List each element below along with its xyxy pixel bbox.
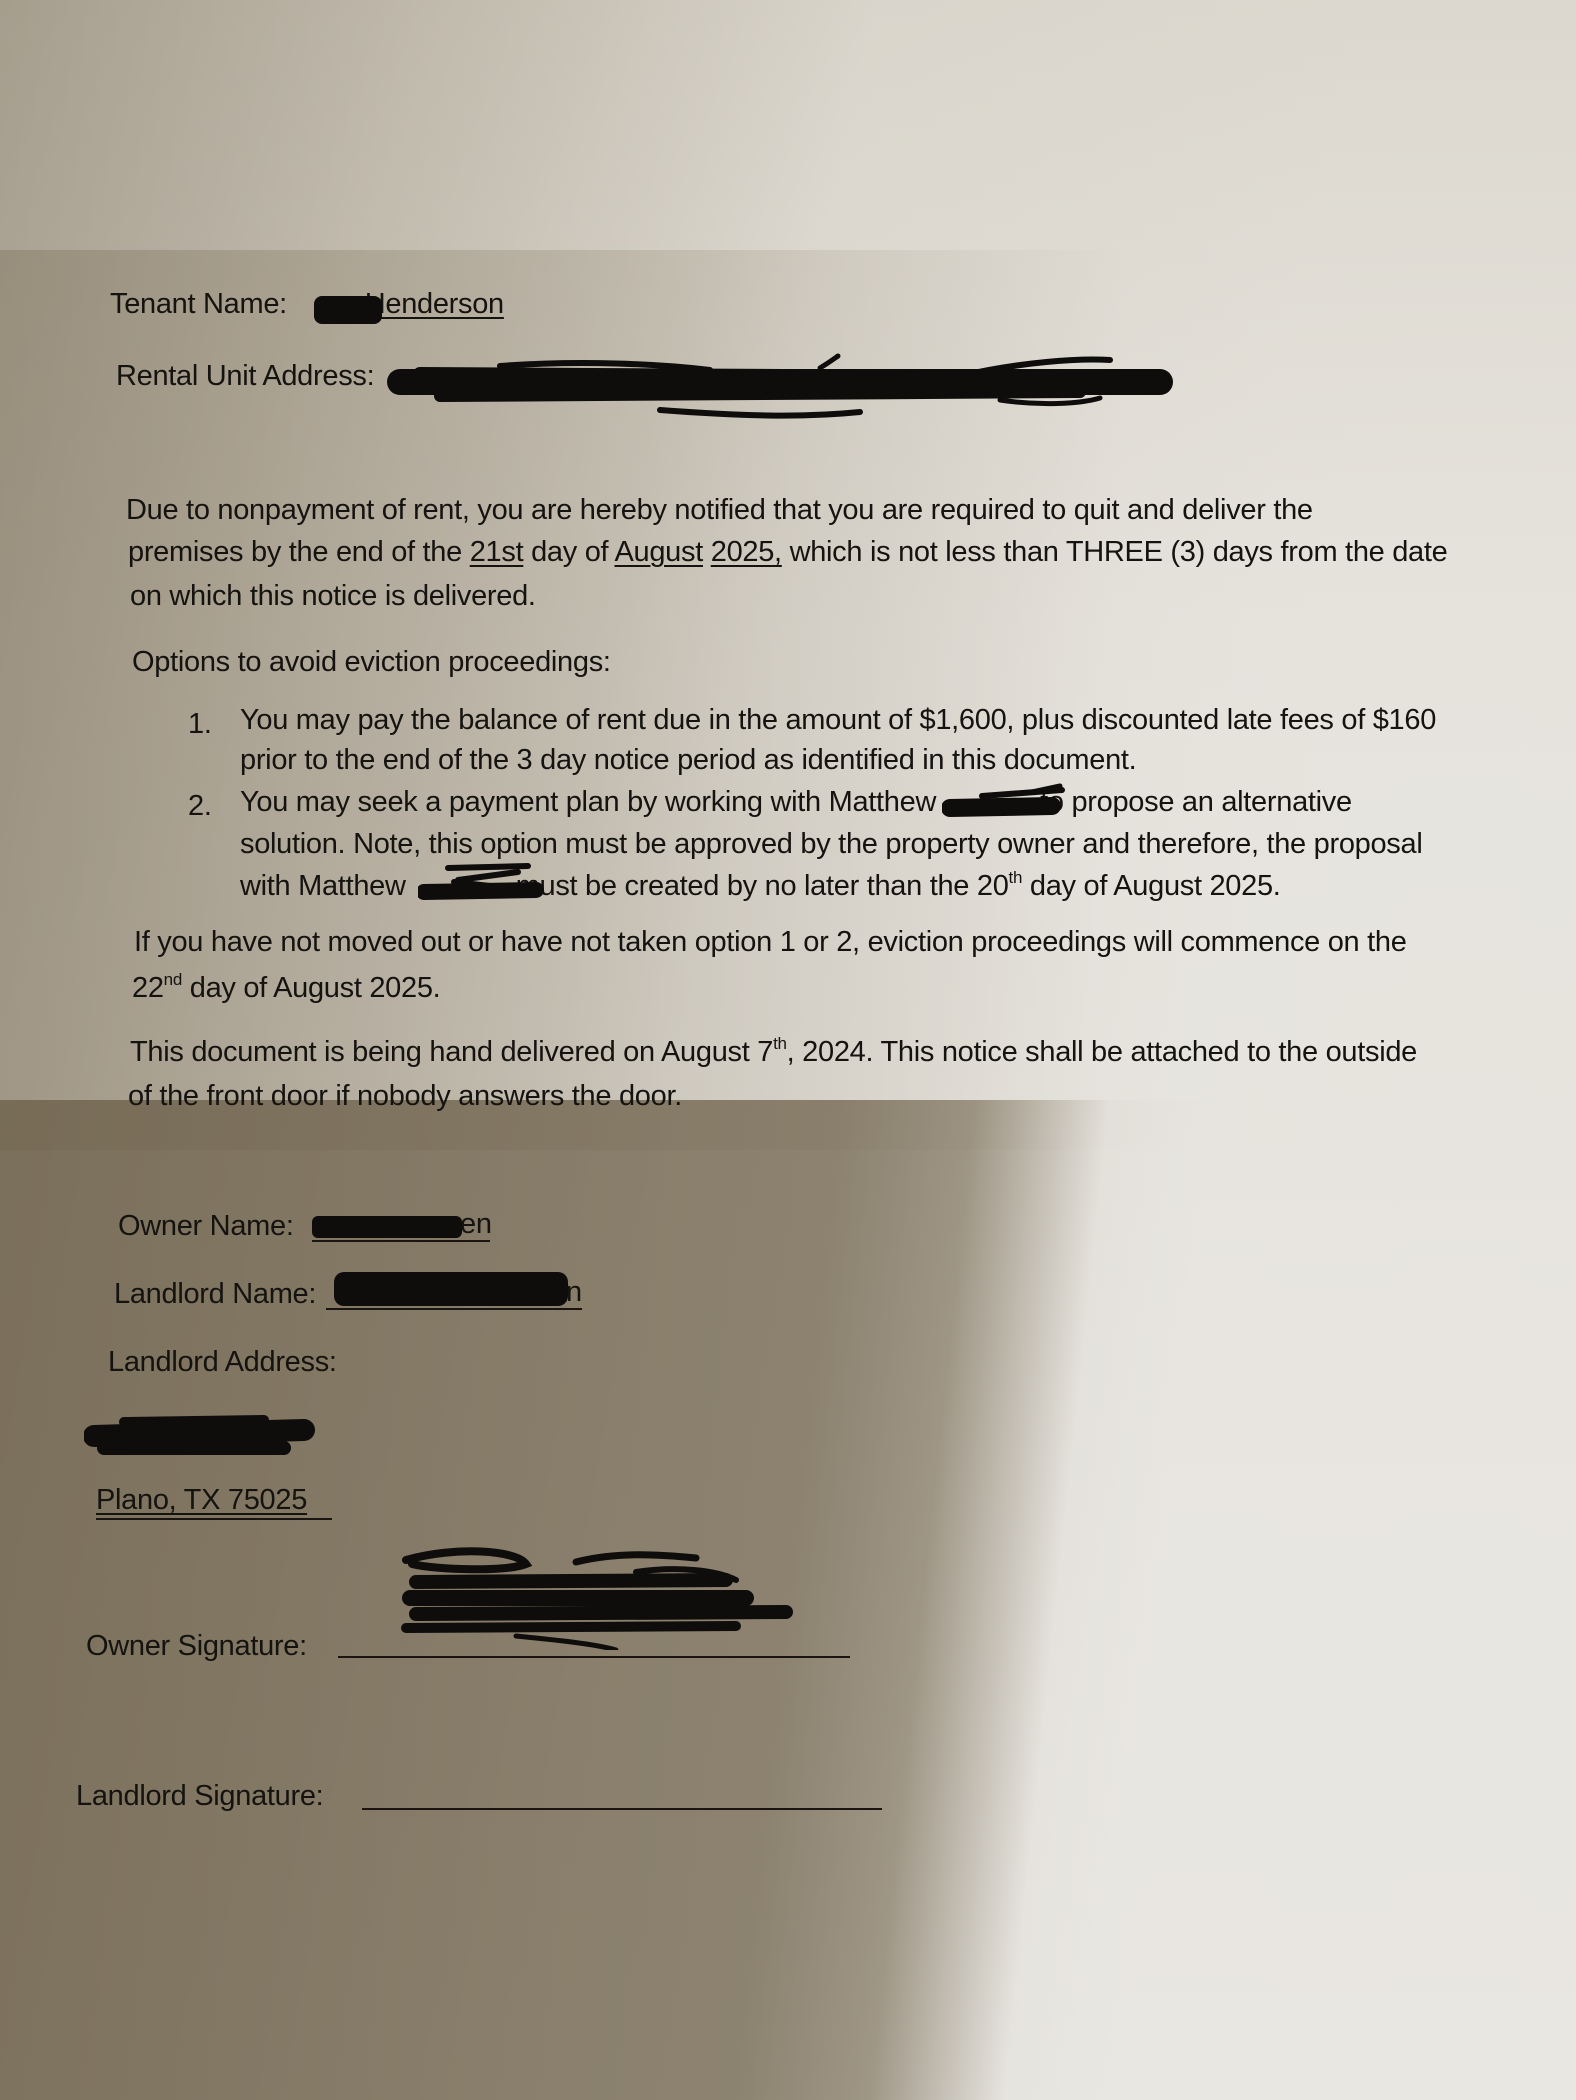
option-1-line-1: You may pay the balance of rent due in t… [240,704,1436,737]
superscript: nd [164,970,182,989]
notice-text: which is not less than THREE (3) days fr… [782,536,1448,568]
deadline-month: August [614,536,703,568]
owner-signature-line [338,1656,850,1658]
landlord-name-redaction [334,1272,568,1306]
option-text: You may seek a payment plan by working w… [240,786,936,818]
options-heading: Options to avoid eviction proceedings: [132,646,611,679]
commencement-line-2: 22nd day of August 2025. [132,972,440,1005]
matthew-surname-redaction-1 [942,782,1072,822]
notice-text [703,536,711,568]
deadline-year: 2025, [711,536,782,568]
option-2-line-1: You may seek a payment plan by working w… [240,786,1352,819]
notice-text: day of [523,536,614,568]
option-text: to propose an alternative [1040,786,1352,818]
commencement-text: 22 [132,972,164,1004]
commencement-text: day of August 2025. [182,972,440,1004]
landlord-city-underline [96,1518,332,1520]
notice-line-1: Due to nonpayment of rent, you are hereb… [126,494,1313,527]
rental-address-redaction [380,352,1180,422]
option-1-line-2: prior to the end of the 3 day notice per… [240,744,1136,777]
landlord-address-label: Landlord Address: [108,1346,337,1379]
superscript: th [773,1034,787,1053]
owner-name-field: Owner Name: [118,1210,294,1243]
option-text: with Matthew [240,870,406,902]
notice-document: Tenant Name: Henderson Rental Unit Addre… [0,0,1576,2100]
option-1-number: 1. [188,708,212,741]
notice-text: premises by the end of the [128,536,470,568]
owner-name-label: Owner Name: [118,1210,294,1242]
delivery-line-1: This document is being hand delivered on… [130,1036,1417,1069]
notice-line-2: premises by the end of the 21st day of A… [128,536,1447,569]
rental-address-field: Rental Unit Address: [116,360,374,393]
owner-signature-label: Owner Signature: [86,1630,307,1663]
landlord-name-field: Landlord Name: [114,1278,316,1311]
tenant-name-value: Henderson [365,288,504,320]
tenant-name-field: Tenant Name: Henderson [110,288,504,321]
option-2-line-2: solution. Note, this option must be appr… [240,828,1422,861]
delivery-text: This document is being hand delivered on… [130,1036,773,1068]
superscript: th [1009,868,1023,887]
option-2-number: 2. [188,790,212,823]
tenant-name-redaction [314,296,382,324]
delivery-text: , 2024. This notice shall be attached to… [787,1036,1417,1068]
landlord-address-city: Plano, TX 75025 [96,1484,307,1517]
owner-signature-redaction [396,1540,796,1650]
rental-address-label: Rental Unit Address: [116,360,374,392]
owner-name-redaction [312,1216,462,1238]
landlord-signature-line [362,1808,882,1810]
landlord-name-underline [326,1308,582,1310]
landlord-name-label: Landlord Name: [114,1278,316,1310]
deadline-day: 21st [470,536,524,568]
option-2-line-3: with Matthewmust be created by no later … [240,870,1281,903]
landlord-street-redaction [84,1408,324,1468]
tenant-name-label: Tenant Name: [110,288,287,320]
delivery-line-2: of the front door if nobody answers the … [128,1080,682,1113]
commencement-line-1: If you have not moved out or have not ta… [134,926,1407,959]
owner-name-visible-fragment: en [460,1208,492,1241]
option-text: must be created by no later than the 20 [516,870,1009,902]
landlord-name-visible-fragment: n [566,1276,582,1309]
matthew-surname-redaction-2 [418,858,548,908]
landlord-signature-label: Landlord Signature: [76,1780,323,1813]
option-text: day of August 2025. [1022,870,1280,902]
notice-line-3: on which this notice is delivered. [130,580,536,613]
